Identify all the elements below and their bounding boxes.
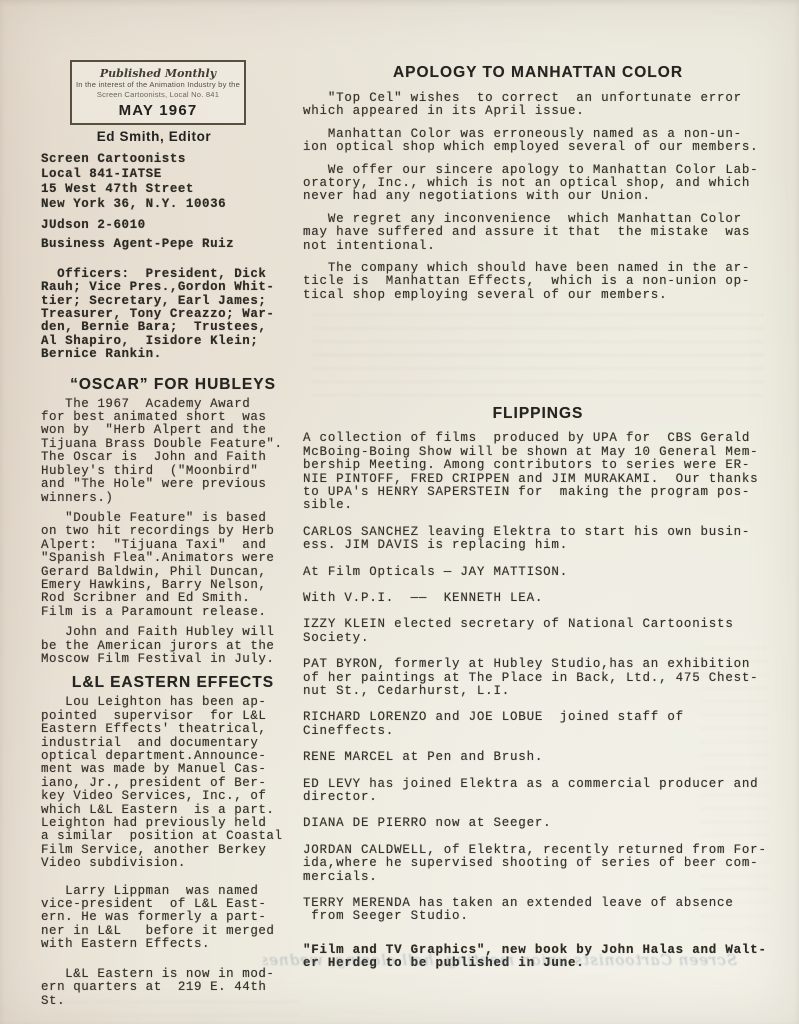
issue-date: MAY 1967 — [74, 102, 242, 119]
flippings-item: TERRY MERENDA has taken an extended leav… — [303, 897, 773, 924]
flippings-item: RENE MARCEL at Pen and Brush. — [303, 751, 773, 764]
eastern-paragraph-2: Larry Lippman was named vice-president o… — [41, 885, 305, 952]
apology-article-heading: APOLOGY TO MANHATTAN COLOR — [303, 64, 773, 82]
flippings-item: RICHARD LORENZO and JOE LOBUE joined sta… — [303, 711, 773, 738]
flippings-item: PAT BYRON, formerly at Hubley Studio,has… — [303, 658, 773, 698]
flippings-heading: FLIPPINGS — [303, 405, 773, 423]
oscar-paragraph-1: The 1967 Academy Award for best animated… — [41, 398, 305, 505]
eastern-paragraph-1: Lou Leighton has been ap- pointed superv… — [41, 696, 305, 870]
flippings-item: At Film Opticals — JAY MATTISON. — [303, 566, 773, 579]
flippings-list: A collection of films produced by UPA fo… — [303, 432, 773, 924]
officers-list: Officers: President, Dick Rauh; Vice Pre… — [41, 268, 305, 362]
masthead-org-line: Screen Cartoonists, Local No. 841 — [74, 90, 242, 100]
left-column: Published Monthly In the interest of the… — [41, 60, 305, 1008]
masthead-box: Published Monthly In the interest of the… — [70, 60, 246, 125]
flippings-item: JORDAN CALDWELL, of Elektra, recently re… — [303, 844, 773, 884]
published-monthly-label: Published Monthly — [74, 67, 242, 80]
flippings-item: CARLOS SANCHEZ leaving Elektra to start … — [303, 526, 773, 553]
handwriting-bleed-through: Screen Cartoonists union meeting, hall c… — [263, 951, 737, 969]
flippings-item: ED LEVY has joined Elektra as a commerci… — [303, 778, 773, 805]
eastern-article-heading: L&L EASTERN EFFECTS — [41, 674, 305, 692]
oscar-paragraph-3: John and Faith Hubley will be the Americ… — [41, 626, 305, 666]
eastern-paragraph-3: L&L Eastern is now in mod- ern quarters … — [41, 968, 305, 1008]
apology-paragraph-5: The company which should have been named… — [303, 262, 773, 302]
phone-number: JUdson 2-6010 — [41, 219, 305, 232]
oscar-article-heading: “OSCAR” FOR HUBLEYS — [41, 376, 305, 394]
editor-line: Ed Smith, Editor — [70, 129, 238, 144]
oscar-paragraph-2: "Double Feature" is based on two hit rec… — [41, 512, 305, 619]
flippings-item: With V.P.I. —— KENNETH LEA. — [303, 592, 773, 605]
apology-paragraph-1: "Top Cel" wishes to correct an unfortuna… — [303, 92, 773, 119]
flippings-item: DIANA DE PIERRO now at Seeger. — [303, 817, 773, 830]
flippings-item: IZZY KLEIN elected secretary of National… — [303, 618, 773, 645]
right-column: APOLOGY TO MANHATTAN COLOR "Top Cel" wis… — [303, 64, 773, 971]
flippings-item: A collection of films produced by UPA fo… — [303, 432, 773, 512]
apology-paragraph-4: We regret any inconvenience which Manhat… — [303, 213, 773, 253]
apology-paragraph-3: We offer our sincere apology to Manhatta… — [303, 164, 773, 204]
newsletter-page: Published Monthly In the interest of the… — [0, 0, 799, 1024]
union-address: Screen Cartoonists Local 841-IATSE 15 We… — [41, 152, 305, 212]
business-agent-line: Business Agent-Pepe Ruiz — [41, 238, 305, 251]
masthead-interest-line: In the interest of the Animation Industr… — [74, 80, 242, 90]
apology-paragraph-2: Manhattan Color was erroneously named as… — [303, 128, 773, 155]
